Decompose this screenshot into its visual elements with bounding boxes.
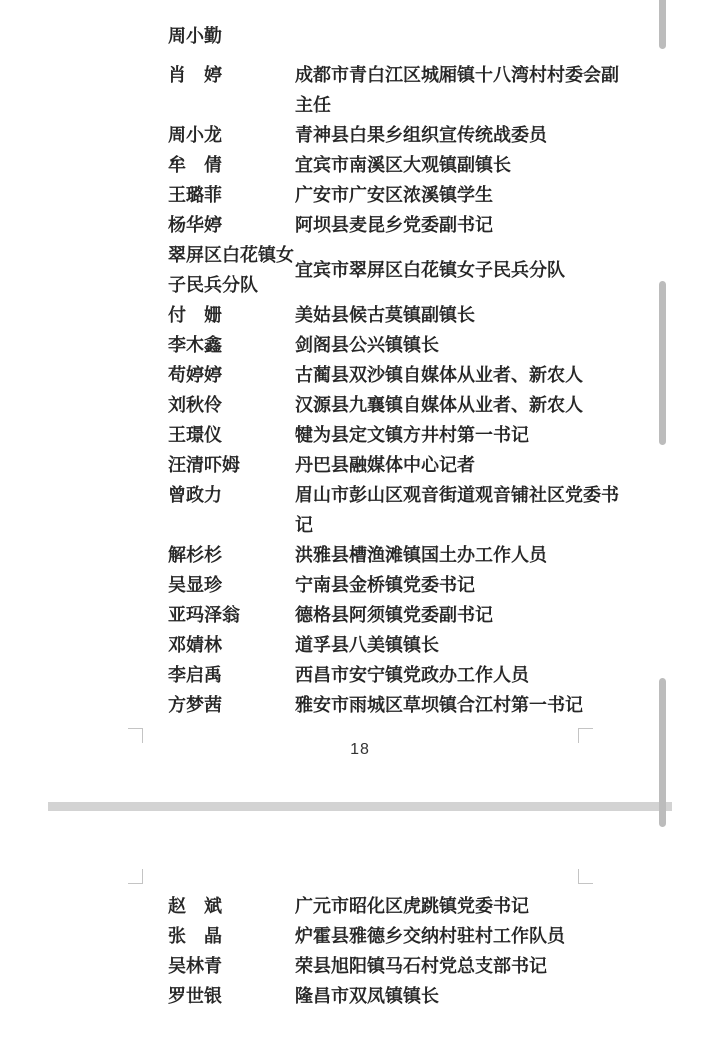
position-cell: 西昌市安宁镇党政办工作人员: [295, 660, 647, 690]
roster-entry: 曾政力眉山市彭山区观音街道观音铺社区党委书 记: [168, 480, 648, 540]
name-cell: 王璐菲: [168, 180, 295, 210]
name-cell: 翠屏区白花镇女 子民兵分队: [168, 240, 295, 300]
roster-entry: 亚玛泽翁德格县阿须镇党委副书记: [168, 600, 648, 630]
position-cell: 成都市青白江区城厢镇十八湾村村委会副 主任: [295, 60, 647, 120]
roster-entry: 周小龙青神县白果乡组织宣传统战委员: [168, 120, 648, 150]
roster-entry: 吴显珍宁南县金桥镇党委书记: [168, 570, 648, 600]
text-boundary-corner-mark: [128, 869, 143, 884]
page-separator: [48, 802, 672, 811]
position-cell: 雅安市雨城区草坝镇合江村第一书记: [295, 690, 647, 720]
roster-entry: 翠屏区白花镇女 子民兵分队宜宾市翠屏区白花镇女子民兵分队: [168, 240, 648, 300]
position-cell: 荣县旭阳镇马石村党总支部书记: [295, 951, 647, 981]
position-cell: 道孚县八美镇镇长: [295, 630, 647, 660]
roster-entry: 苟婷婷古蔺县双沙镇自媒体从业者、新农人: [168, 360, 648, 390]
name-cell: 李启禹: [168, 660, 295, 690]
page-number: 18: [0, 740, 720, 760]
roster-entry: 杨华婷阿坝县麦昆乡党委副书记: [168, 210, 648, 240]
position-cell: 汉源县九襄镇自媒体从业者、新农人: [295, 390, 647, 420]
position-text: 宜宾市翠屏区白花镇女子民兵分队: [295, 255, 565, 285]
position-cell: 眉山市彭山区观音街道观音铺社区党委书 记: [295, 480, 647, 540]
roster-entry: 王璟仪犍为县定文镇方井村第一书记: [168, 420, 648, 450]
position-text: 眉山市彭山区观音街道观音铺社区党委书 记: [295, 480, 619, 540]
name-cell: 付 姗: [168, 300, 295, 330]
roster-entry: 罗世银隆昌市双凤镇镇长: [168, 981, 648, 1011]
name-cell: 解杉杉: [168, 540, 295, 570]
position-cell: 广元市昭化区虎跳镇党委书记: [295, 891, 647, 921]
position-cell: 宜宾市翠屏区白花镇女子民兵分队: [295, 240, 647, 300]
name-cell: 周小勤: [168, 21, 295, 51]
position-cell: 剑阁县公兴镇镇长: [295, 330, 647, 360]
roster-entry: 李木鑫剑阁县公兴镇镇长: [168, 330, 648, 360]
scrollbar-thumb[interactable]: [659, 281, 666, 445]
position-text: 宁南县金桥镇党委书记: [295, 570, 475, 600]
position-text: 德格县阿须镇党委副书记: [295, 600, 493, 630]
name-cell: 罗世银: [168, 981, 295, 1011]
roster-entry: 付 姗美姑县候古莫镇副镇长: [168, 300, 648, 330]
roster-entry: 赵 斌广元市昭化区虎跳镇党委书记: [168, 891, 648, 921]
position-text: 阿坝县麦昆乡党委副书记: [295, 210, 493, 240]
position-cell: 广安市广安区浓溪镇学生: [295, 180, 647, 210]
document-viewer: 周小勤 肖 婷成都市青白江区城厢镇十八湾村村委会副 主任周小龙青神县白果乡组织宣…: [0, 0, 720, 1044]
position-cell: 丹巴县融媒体中心记者: [295, 450, 647, 480]
roster-entry: 刘秋伶汉源县九襄镇自媒体从业者、新农人: [168, 390, 648, 420]
position-cell: 阿坝县麦昆乡党委副书记: [295, 210, 647, 240]
position-text: 荣县旭阳镇马石村党总支部书记: [295, 951, 547, 981]
name-cell: 张 晶: [168, 921, 295, 951]
roster-entry: 汪清吓姆丹巴县融媒体中心记者: [168, 450, 648, 480]
text-boundary-corner-mark: [578, 869, 593, 884]
position-text: 雅安市雨城区草坝镇合江村第一书记: [295, 690, 583, 720]
name-cell: 刘秋伶: [168, 390, 295, 420]
position-text: 犍为县定文镇方井村第一书记: [295, 420, 529, 450]
name-cell: 亚玛泽翁: [168, 600, 295, 630]
name-cell: 曾政力: [168, 480, 295, 540]
roster-entry: 李启禹西昌市安宁镇党政办工作人员: [168, 660, 648, 690]
position-text: 炉霍县雅德乡交纳村驻村工作队员: [295, 921, 565, 951]
scrollbar-thumb[interactable]: [659, 0, 666, 49]
name-cell: 周小龙: [168, 120, 295, 150]
position-text: 成都市青白江区城厢镇十八湾村村委会副 主任: [295, 60, 619, 120]
name-cell: 杨华婷: [168, 210, 295, 240]
position-cell: 炉霍县雅德乡交纳村驻村工作队员: [295, 921, 647, 951]
name-cell: 苟婷婷: [168, 360, 295, 390]
position-cell: 古蔺县双沙镇自媒体从业者、新农人: [295, 360, 647, 390]
roster-entry: 王璐菲广安市广安区浓溪镇学生: [168, 180, 648, 210]
roster-entry-continued: 周小勤: [168, 21, 648, 51]
position-text: 青神县白果乡组织宣传统战委员: [295, 120, 547, 150]
position-text: 洪雅县槽渔滩镇国土办工作人员: [295, 540, 547, 570]
roster-page-next: 赵 斌广元市昭化区虎跳镇党委书记张 晶炉霍县雅德乡交纳村驻村工作队员吴林青荣县旭…: [168, 891, 648, 1011]
roster-entry: 牟 倩宜宾市南溪区大观镇副镇长: [168, 150, 648, 180]
roster-entry: 方梦茜雅安市雨城区草坝镇合江村第一书记: [168, 690, 648, 720]
name-cell: 肖 婷: [168, 60, 295, 120]
name-cell: 吴林青: [168, 951, 295, 981]
name-cell: 吴显珍: [168, 570, 295, 600]
name-cell: 赵 斌: [168, 891, 295, 921]
roster-entry: 吴林青荣县旭阳镇马石村党总支部书记: [168, 951, 648, 981]
position-text: 广元市昭化区虎跳镇党委书记: [295, 891, 529, 921]
roster-entry: 邓婧林道孚县八美镇镇长: [168, 630, 648, 660]
position-text: 隆昌市双凤镇镇长: [295, 981, 439, 1011]
position-text: 美姑县候古莫镇副镇长: [295, 300, 475, 330]
position-text: 古蔺县双沙镇自媒体从业者、新农人: [295, 360, 583, 390]
roster-entry: 肖 婷成都市青白江区城厢镇十八湾村村委会副 主任: [168, 60, 648, 120]
roster-page-18: 周小勤 肖 婷成都市青白江区城厢镇十八湾村村委会副 主任周小龙青神县白果乡组织宣…: [168, 21, 648, 720]
position-cell: 宜宾市南溪区大观镇副镇长: [295, 150, 647, 180]
position-text: 剑阁县公兴镇镇长: [295, 330, 439, 360]
position-cell: 美姑县候古莫镇副镇长: [295, 300, 647, 330]
position-cell: 德格县阿须镇党委副书记: [295, 600, 647, 630]
position-cell: 洪雅县槽渔滩镇国土办工作人员: [295, 540, 647, 570]
name-cell: 王璟仪: [168, 420, 295, 450]
roster-entry: 解杉杉洪雅县槽渔滩镇国土办工作人员: [168, 540, 648, 570]
roster-entry: 张 晶炉霍县雅德乡交纳村驻村工作队员: [168, 921, 648, 951]
position-cell: 犍为县定文镇方井村第一书记: [295, 420, 647, 450]
name-cell: 汪清吓姆: [168, 450, 295, 480]
position-text: 西昌市安宁镇党政办工作人员: [295, 660, 529, 690]
position-text: 丹巴县融媒体中心记者: [295, 450, 475, 480]
name-cell: 邓婧林: [168, 630, 295, 660]
scrollbar-thumb[interactable]: [659, 678, 666, 827]
position-cell: 青神县白果乡组织宣传统战委员: [295, 120, 647, 150]
position-text: 汉源县九襄镇自媒体从业者、新农人: [295, 390, 583, 420]
position-text: 道孚县八美镇镇长: [295, 630, 439, 660]
position-text: 宜宾市南溪区大观镇副镇长: [295, 150, 511, 180]
name-cell: 牟 倩: [168, 150, 295, 180]
name-cell: 方梦茜: [168, 690, 295, 720]
position-text: 广安市广安区浓溪镇学生: [295, 180, 493, 210]
position-cell: 宁南县金桥镇党委书记: [295, 570, 647, 600]
position-cell: 隆昌市双凤镇镇长: [295, 981, 647, 1011]
name-cell: 李木鑫: [168, 330, 295, 360]
